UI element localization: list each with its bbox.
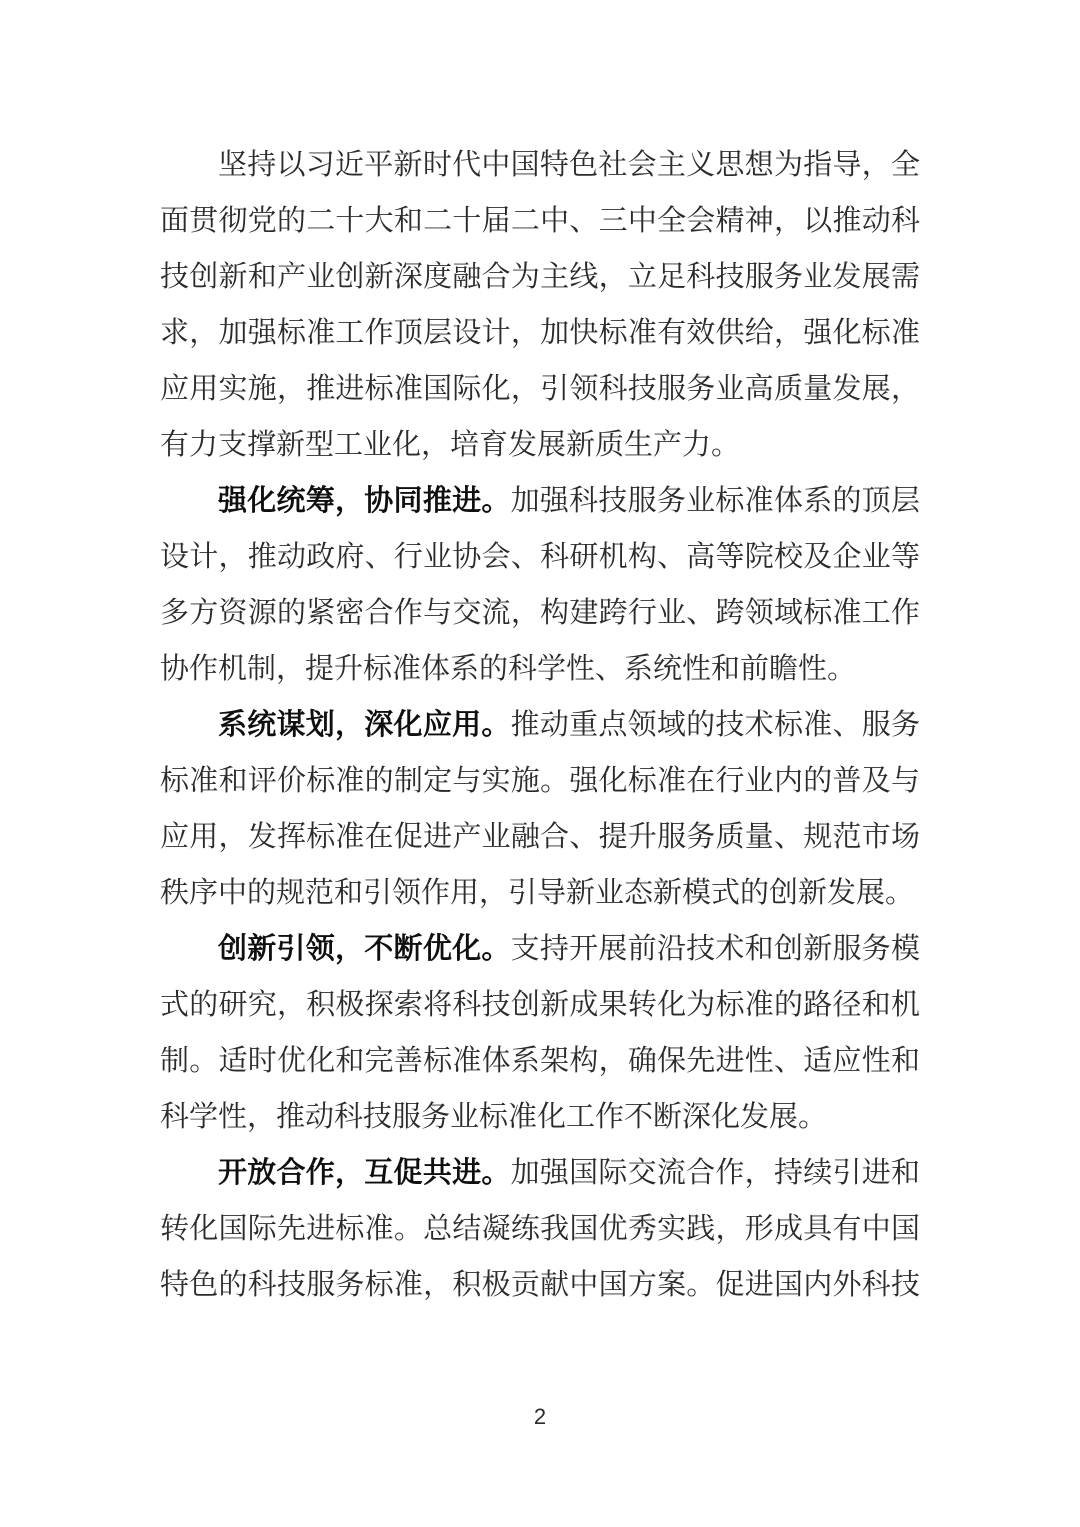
text-line: 标准和评价标准的制定与实施。强化标准在行业内的普及与 [160, 753, 920, 809]
text-line: 求，加强标准工作顶层设计，加快标准有效供给，强化标准 [160, 305, 920, 361]
paragraph-lead: 创新引领，不断优化。 [218, 933, 511, 965]
paragraph-lead: 系统谋划，深化应用。 [218, 709, 511, 741]
text-line: 设计，推动政府、行业协会、科研机构、高等院校及企业等 [160, 529, 920, 585]
paragraph-lead-rest: 推动重点领域的技术标准、服务 [511, 709, 920, 741]
text-line: 坚持以习近平新时代中国特色社会主义思想为指导，全 [160, 137, 920, 193]
text-line: 应用，发挥标准在促进产业融合、提升服务质量、规范市场 [160, 809, 920, 865]
text-line: 强化统筹，协同推进。加强科技服务业标准体系的顶层 [160, 473, 920, 529]
paragraph: 强化统筹，协同推进。加强科技服务业标准体系的顶层 设计，推动政府、行业协会、科研… [160, 473, 920, 697]
paragraph-lead-rest: 加强科技服务业标准体系的顶层 [511, 485, 920, 517]
text-line: 技创新和产业创新深度融合为主线，立足科技服务业发展需 [160, 249, 920, 305]
text-line: 转化国际先进标准。总结凝练我国优秀实践，形成具有中国 [160, 1201, 920, 1257]
paragraph-lead: 开放合作，互促共进。 [218, 1157, 511, 1189]
text-line: 制。适时优化和完善标准体系架构，确保先进性、适应性和 [160, 1033, 920, 1089]
text-line: 系统谋划，深化应用。推动重点领域的技术标准、服务 [160, 697, 920, 753]
text-line: 面贯彻党的二十大和二十届二中、三中全会精神，以推动科 [160, 193, 920, 249]
paragraph-lead: 强化统筹，协同推进。 [218, 485, 511, 517]
paragraph: 创新引领，不断优化。支持开展前沿技术和创新服务模 式的研究，积极探索将科技创新成… [160, 921, 920, 1145]
text-line: 有力支撑新型工业化，培育发展新质生产力。 [160, 417, 920, 473]
text-line: 多方资源的紧密合作与交流，构建跨行业、跨领域标准工作 [160, 585, 920, 641]
document-body: 坚持以习近平新时代中国特色社会主义思想为指导，全 面贯彻党的二十大和二十届二中、… [160, 137, 920, 1313]
text-line: 应用实施，推进标准国际化，引领科技服务业高质量发展， [160, 361, 920, 417]
paragraph: 开放合作，互促共进。加强国际交流合作，持续引进和 转化国际先进标准。总结凝练我国… [160, 1145, 920, 1313]
page-number: 2 [0, 1402, 1080, 1432]
text-line: 开放合作，互促共进。加强国际交流合作，持续引进和 [160, 1145, 920, 1201]
text-line: 特色的科技服务标准，积极贡献中国方案。促进国内外科技 [160, 1257, 920, 1313]
paragraph: 坚持以习近平新时代中国特色社会主义思想为指导，全 面贯彻党的二十大和二十届二中、… [160, 137, 920, 473]
text-line: 科学性，推动科技服务业标准化工作不断深化发展。 [160, 1089, 920, 1145]
paragraph-lead-rest: 加强国际交流合作，持续引进和 [511, 1157, 920, 1189]
text-line: 秩序中的规范和引领作用，引导新业态新模式的创新发展。 [160, 865, 920, 921]
text-line: 创新引领，不断优化。支持开展前沿技术和创新服务模 [160, 921, 920, 977]
paragraph: 系统谋划，深化应用。推动重点领域的技术标准、服务 标准和评价标准的制定与实施。强… [160, 697, 920, 921]
paragraph-lead-rest: 支持开展前沿技术和创新服务模 [511, 933, 920, 965]
text-line: 协作机制，提升标准体系的科学性、系统性和前瞻性。 [160, 641, 920, 697]
text-line: 式的研究，积极探索将科技创新成果转化为标准的路径和机 [160, 977, 920, 1033]
